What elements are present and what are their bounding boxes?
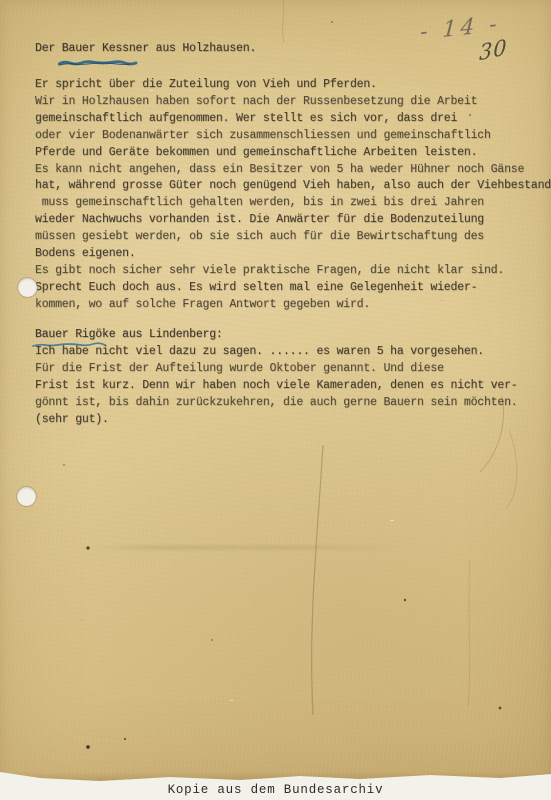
page-title: Der Bauer Kessner aus Holzhausen. — [35, 41, 256, 58]
typed-line: Für die Frist der Aufteilung wurde Oktob… — [35, 361, 517, 378]
handwritten-corner-number: 30 — [479, 35, 508, 66]
typed-line: müssen gesiebt werden, ob sie sich auch … — [35, 229, 551, 246]
typed-line: (sehr gut). — [35, 412, 517, 429]
typed-line: hat, während grosse Güter noch genügend … — [35, 178, 551, 195]
typed-line: kommen, wo auf solche Fragen Antwort geg… — [35, 297, 551, 314]
typed-line: Pferde und Geräte bekommen und gemeinsch… — [35, 145, 551, 162]
speech-rigoke: Ich habe nicht viel dazu zu sagen. .....… — [35, 344, 517, 429]
typed-line: Ich habe nicht viel dazu zu sagen. .....… — [35, 344, 517, 361]
typed-line: Bodens eigenen. — [35, 246, 551, 263]
typed-line: Er spricht über die Zuteilung von Vieh u… — [35, 77, 551, 94]
typed-line: Es gibt noch sicher sehr viele praktisch… — [35, 263, 551, 280]
typed-line: Wir in Holzhausen haben sofort nach der … — [35, 94, 551, 111]
document-page: Der Bauer Kessner aus Holzhausen. Er spr… — [0, 0, 551, 786]
pencil-smudge — [90, 545, 400, 550]
typed-line: oder vier Bodenanwärter sich zusammensch… — [35, 128, 551, 145]
typed-line: gönnt ist, bis dahin zurückzukehren, die… — [35, 395, 517, 412]
typed-line: wieder Nachwuchs vorhanden ist. Die Anwä… — [35, 212, 551, 229]
typed-line: Frist ist kurz. Denn wir haben noch viel… — [35, 378, 517, 395]
pen-underline-title — [58, 59, 138, 68]
typed-line: Es kann nicht angehen, dass ein Besitzer… — [35, 162, 551, 179]
punch-hole-bottom — [17, 487, 36, 506]
typed-line: gemeinschaftlich aufgenommen. Wer stellt… — [35, 111, 551, 128]
typed-line: Sprecht Euch doch aus. Es wird selten ma… — [35, 280, 551, 297]
speaker-heading-lindenberg: Bauer Rigöke aus Lindenberg: — [35, 327, 223, 344]
typed-line: muss gemeinschaftlich gehalten werden, b… — [35, 195, 551, 212]
punch-hole-top — [18, 278, 37, 297]
scanned-document-screenshot: { "annotations": { "page_number": "- 14 … — [0, 0, 551, 800]
archive-caption: Kopie aus dem Bundesarchiv — [0, 783, 551, 797]
speech-kessner: Er spricht über die Zuteilung von Vieh u… — [35, 77, 551, 314]
